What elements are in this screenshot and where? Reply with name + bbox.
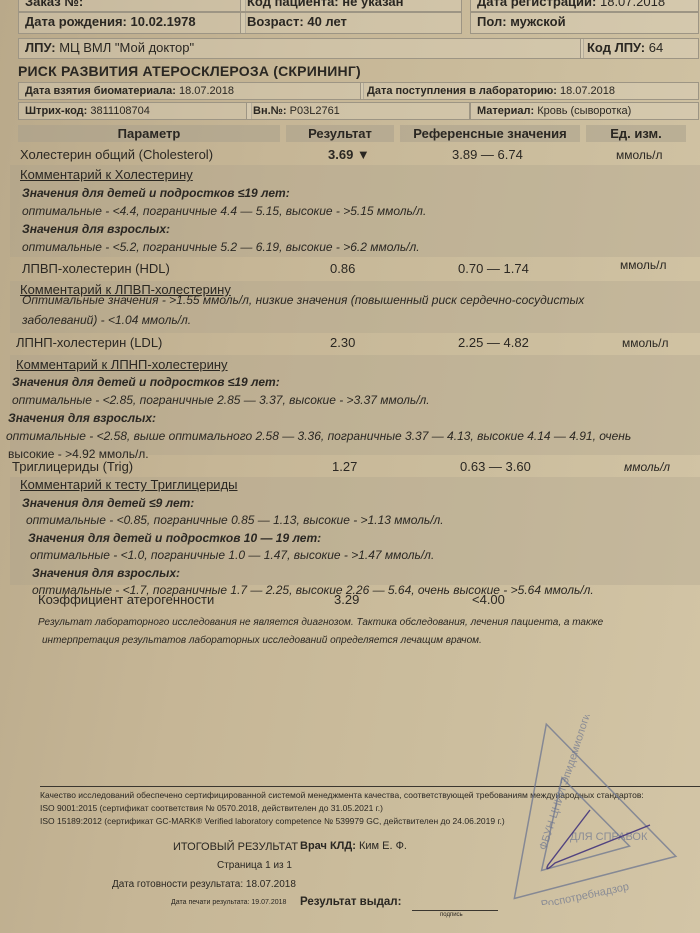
- comment-cholesterol: Комментарий к Холестерину Значения для д…: [10, 165, 700, 257]
- final-result-label: ИТОГОВЫЙ РЕЗУЛЬТАТ: [173, 841, 298, 853]
- column-header-unit: Ед. изм.: [586, 125, 686, 142]
- ready-date: Дата готовности результата: 18.07.2018: [112, 879, 296, 890]
- report-title: РИСК РАЗВИТИЯ АТЕРОСКЛЕРОЗА (СКРИНИНГ): [18, 63, 361, 79]
- result-value-low: 3.69 ▼: [328, 146, 370, 164]
- column-header-parameter: Параметр: [18, 125, 280, 142]
- table-row: Коэффициент атерогенности 3.29 <4.00: [10, 591, 700, 609]
- comment-triglycerides: Комментарий к тесту Триглицериды Значени…: [10, 477, 700, 585]
- age-box: Возраст: 40 лет: [240, 12, 462, 34]
- table-row: ЛПНП-холестерин (LDL) 2.30 2.25 — 4.82 м…: [10, 334, 700, 352]
- disclaimer-line-1: Результат лабораторного исследования не …: [38, 614, 603, 632]
- column-header-reference: Референсные значения: [400, 125, 580, 142]
- sex-box: Пол: мужской: [470, 12, 699, 34]
- table-row: Триглицериды (Trig) 1.27 0.63 — 3.60 ммо…: [10, 458, 700, 476]
- patient-code-box: Код пациента: не указан: [240, 0, 462, 12]
- table-row: Холестерин общий (Cholesterol) 3.69 ▼ 3.…: [10, 146, 700, 164]
- sample-received-box: Дата поступления в лабораторию: 18.07.20…: [360, 82, 699, 100]
- comment-hdl: Комментарий к ЛПВП-холестерину Оптимальн…: [10, 281, 700, 333]
- lab-report-page: Заказ №: Код пациента: не указан Дата ре…: [0, 0, 700, 933]
- barcode-box: Штрих-код: 3811108704: [18, 102, 252, 120]
- signature-caption: подпись: [440, 912, 463, 918]
- table-row: ЛПВП-холестерин (HDL) 0.86 0.70 — 1.74 м…: [10, 260, 700, 278]
- print-date: Дата печати результата: 19.07.2018: [171, 899, 286, 906]
- disclaimer-line-2: интерпретация результатов лабораторных и…: [42, 632, 482, 650]
- birth-date-box: Дата рождения: 10.02.1978: [18, 12, 246, 34]
- registration-date-box: Дата регистрации: 18.07.2018: [470, 0, 699, 12]
- lpu-code-box: Код ЛПУ: 64: [580, 38, 699, 59]
- lpu-box: ЛПУ: МЦ ВМЛ "Мой доктор": [18, 38, 584, 59]
- doctor-field: Врач КЛД: Ким Е. Ф.: [300, 840, 407, 852]
- comment-ldl: Комментарий к ЛПНП-холестерину Значения …: [10, 355, 700, 455]
- internal-number-box: Вн.№: P03L2761: [246, 102, 470, 120]
- page-number: Страница 1 из 1: [217, 860, 292, 871]
- material-box: Материал: Кровь (сыворотка): [470, 102, 699, 120]
- issued-by-label: Результат выдал:: [300, 896, 401, 908]
- column-header-result: Результат: [286, 125, 394, 142]
- signature-line: [412, 910, 498, 911]
- sample-taken-box: Дата взятия биоматериала: 18.07.2018: [18, 82, 364, 100]
- order-number-box: Заказ №:: [18, 0, 246, 12]
- svg-text:Роспотребнадзор: Роспотребнадзор: [540, 881, 630, 905]
- iso-15189-text: ISO 15189:2012 (сертификат GC-MARK® Veri…: [40, 816, 505, 826]
- iso-9001-text: ISO 9001:2015 (сертификат соответствия №…: [40, 803, 383, 813]
- stamp-icon: ФБУН ЦНИИ Эпидемиологии Роспотребнадзор …: [500, 715, 690, 905]
